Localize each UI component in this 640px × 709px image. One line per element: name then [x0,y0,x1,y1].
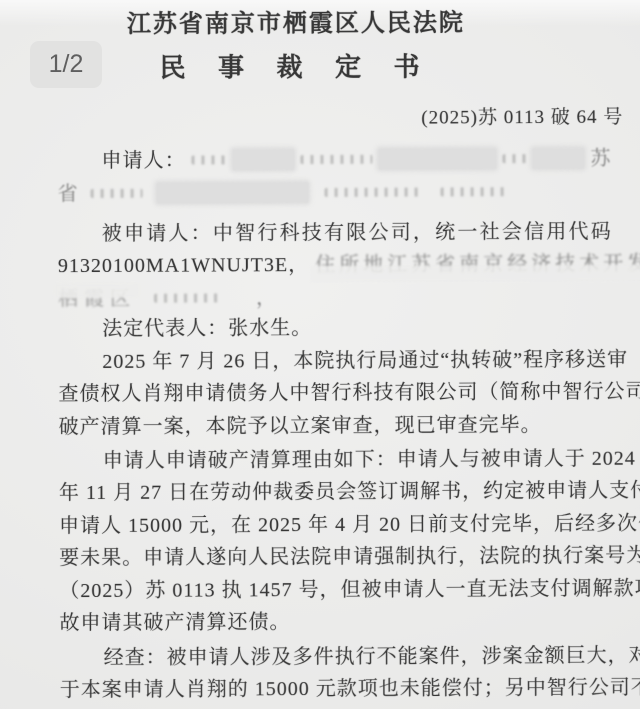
court-name: 江苏省南京市栖霞区人民法院 [23,2,569,39]
doc-line-address-2: 栖霞区 ， [58,284,612,313]
line2-lead-char: 省 [58,183,79,205]
doc-line-p1-3: 破产清算一案，本院予以立案审查，现已审查完毕。 [59,412,613,441]
doc-line-p3-1: 经查：被申请人涉及多件执行不能案件，涉案金额巨大，对 [60,643,614,672]
document-photo-page: 1/2 江苏省南京市栖霞区人民法院 民 事 裁 定 书 (2025)苏 0113… [0,0,640,709]
doc-line-legal-rep: 法定代表人：张水生。 [58,314,612,343]
redaction-smudge [441,187,505,196]
doc-line-applicant-2: 省 [58,179,612,208]
redaction-block [532,148,584,169]
doc-line-applicant: 申请人： 苏 [57,146,611,175]
case-number: (2025)苏 0113 破 64 号 [421,102,623,130]
doc-line-p2-2: 年 11 月 27 日在劳动仲裁委员会签订调解书，约定被申请人支付 [59,478,613,507]
faint-comma: ， [256,287,277,309]
doc-line-p2-4: 要未果。申请人遂向人民法院申请强制执行，法院的执行案号为 [59,543,613,572]
redaction-block [157,182,309,204]
redaction-smudge [91,189,143,198]
doc-line-p3-2: 于本案申请人肖翔的 15000 元款项也未能偿付；另中智行公司不 [60,675,614,704]
doc-line-p1-2: 查债权人肖翔申请债务人中智行科技有限公司（简称中智行公司） [58,379,612,408]
doc-line-credit-code: 91320100MA1WNUJT3E， 住所地江苏省南京经济技术开发区 [58,251,612,280]
redacted-address-text: 住所地江苏省南京经济技术开发区 [315,250,640,279]
credit-code: 91320100MA1WNUJT3E， [58,254,309,277]
doc-line-p2-3: 申请人 15000 元，在 2025 年 4 月 20 日前支付完毕，后经多次催 [59,511,613,540]
redaction-smudge [502,154,526,163]
redaction-block [232,149,294,170]
doc-line-respondent: 被申请人：中智行科技有限公司，统一社会信用代码 [58,219,612,248]
applicant-label: 申请人： [101,150,185,172]
redaction-smudge [154,293,224,302]
redaction-smudge [325,188,421,197]
redaction-smudge [300,155,372,164]
doc-line-p2-6: 故申请其破产清算还债。 [59,608,613,637]
redaction-block [378,148,496,170]
doc-line-p2-5: （2025）苏 0113 执 1457 号，但被申请人一直无法支付调解款项， [59,576,613,605]
document-content: 江苏省南京市栖霞区人民法院 民 事 裁 定 书 (2025)苏 0113 破 6… [0,0,640,709]
redacted-district-text: 栖霞区 [58,286,136,313]
document-title: 民 事 裁 定 书 [23,46,569,85]
applicant-trailing-char: 苏 [590,148,611,170]
doc-line-p1-1: 2025 年 7 月 26 日，本院执行局通过“执转破”程序移送审 [58,347,612,376]
doc-line-p2-1: 申请人申请破产清算理由如下：申请人与被申请人于 2024 [59,446,613,475]
redaction-smudge [192,155,226,164]
